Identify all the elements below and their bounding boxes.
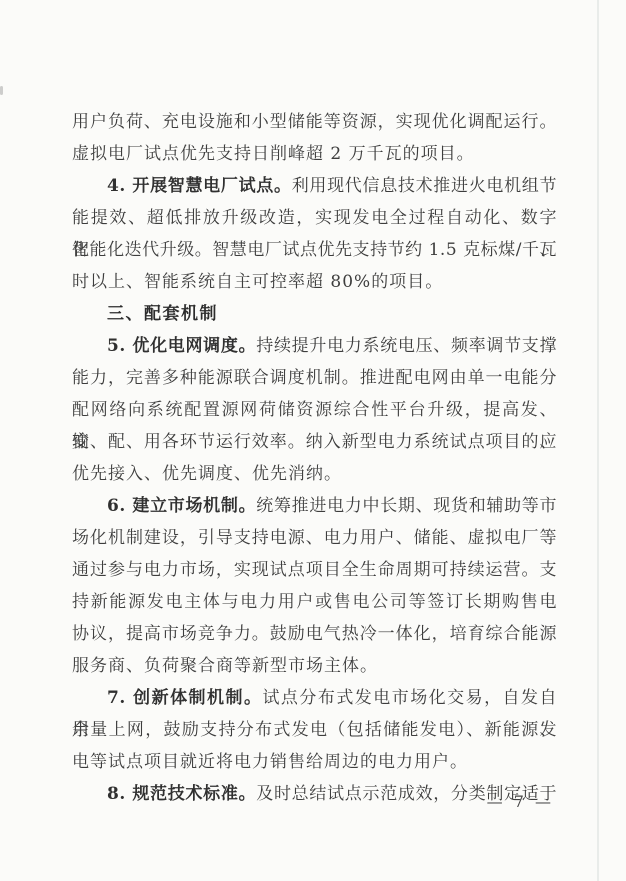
body-line: 时以上、智能系统自主可控率超 80%的项目。 (72, 266, 557, 298)
text-run: 持续提升电力系统电压、频率调节支撑 (256, 336, 557, 356)
emphasis-run: 6. 建立市场机制。 (107, 496, 256, 516)
body-line: 能力，完善多种能源联合调度机制。推进配电网由单一电能分 (72, 362, 557, 394)
text-run: 服务商、负荷聚合商等新型市场主体。 (72, 656, 378, 676)
text-run: 持新能源发电主体与电力用户或售电公司等签订长期购售电 (72, 592, 557, 612)
body-line-item-8: 8. 规范技术标准。及时总结试点示范成效，分类制定适于 (72, 778, 557, 810)
body-line: 智能化迭代升级。智慧电厂试点优先支持节约 1.5 克标煤/千瓦 (72, 234, 557, 266)
body-line: 配网络向系统配置源网荷储资源综合性平台升级，提高发、输、 (72, 394, 557, 426)
text-run: 协议，提高市场竞争力。鼓励电气热冷一体化，培育综合能源 (72, 624, 557, 644)
emphasis-run: 4. 开展智慧电厂试点。 (107, 176, 292, 196)
scanned-document-page: 用户负荷、充电设施和小型储能等资源，实现优化调配运行。 虚拟电厂试点优先支持日削… (0, 0, 626, 881)
text-run: 变、配、用各环节运行效率。纳入新型电力系统试点项目的应 (72, 432, 557, 452)
page-number: — 7 — (487, 792, 554, 811)
body-line: 通过参与电力市场，实现试点项目全生命周期可持续运营。支 (72, 554, 557, 586)
body-line: 协议，提高市场竞争力。鼓励电气热冷一体化，培育综合能源 (72, 618, 557, 650)
heading-run: 三、配套机制 (107, 304, 218, 324)
section-heading: 三、配套机制 (72, 298, 557, 330)
text-run: 统筹推进电力中长期、现货和辅助等市 (256, 496, 557, 516)
body-line-item-4: 4. 开展智慧电厂试点。利用现代信息技术推进火电机组节 (72, 170, 557, 202)
emphasis-run: 8. 规范技术标准。 (107, 784, 256, 804)
body-line: 用户负荷、充电设施和小型储能等资源，实现优化调配运行。 (72, 106, 557, 138)
document-body: 用户负荷、充电设施和小型储能等资源，实现优化调配运行。 虚拟电厂试点优先支持日削… (72, 106, 557, 810)
text-run: 虚拟电厂试点优先支持日削峰超 2 万千瓦的项目。 (72, 144, 475, 164)
body-line-item-6: 6. 建立市场机制。统筹推进电力中长期、现货和辅助等市 (72, 490, 557, 522)
body-line: 优先接入、优先调度、优先消纳。 (72, 458, 557, 490)
text-run: 能力，完善多种能源联合调度机制。推进配电网由单一电能分 (72, 368, 557, 388)
text-run: 利用现代信息技术推进火电机组节 (292, 176, 557, 196)
body-line: 能提效、超低排放升级改造，实现发电全过程自动化、数字化、 (72, 202, 557, 234)
text-run: 电等试点项目就近将电力销售给周边的电力用户。 (72, 752, 468, 772)
scan-speck-artifact (0, 86, 3, 95)
emphasis-run: 5. 优化电网调度。 (107, 336, 256, 356)
body-line: 服务商、负荷聚合商等新型市场主体。 (72, 650, 557, 682)
body-line: 场化机制建设，引导支持电源、电力用户、储能、虚拟电厂等 (72, 522, 557, 554)
body-line: 虚拟电厂试点优先支持日削峰超 2 万千瓦的项目。 (72, 138, 557, 170)
emphasis-run: 7. 创新体制机制。 (107, 688, 262, 708)
body-line: 电等试点项目就近将电力销售给周边的电力用户。 (72, 746, 557, 778)
body-line: 变、配、用各环节运行效率。纳入新型电力系统试点项目的应 (72, 426, 557, 458)
text-run: 用户负荷、充电设施和小型储能等资源，实现优化调配运行。 (72, 112, 557, 132)
body-line-item-7: 7. 创新体制机制。试点分布式发电市场化交易，自发自用、 (72, 682, 557, 714)
text-run: 场化机制建设，引导支持电源、电力用户、储能、虚拟电厂等 (72, 528, 557, 548)
text-run: 优先接入、优先调度、优先消纳。 (72, 464, 342, 484)
text-run: 智能化迭代升级。智慧电厂试点优先支持节约 1.5 克标煤/千瓦 (72, 240, 557, 260)
body-line-item-5: 5. 优化电网调度。持续提升电力系统电压、频率调节支撑 (72, 330, 557, 362)
body-line: 持新能源发电主体与电力用户或售电公司等签订长期购售电 (72, 586, 557, 618)
text-run: 时以上、智能系统自主可控率超 80%的项目。 (72, 272, 443, 292)
body-line: 余量上网，鼓励支持分布式发电（包括储能发电）、新能源发 (72, 714, 557, 746)
text-run: 通过参与电力市场，实现试点项目全生命周期可持续运营。支 (72, 560, 557, 580)
text-run: 余量上网，鼓励支持分布式发电（包括储能发电）、新能源发 (72, 720, 557, 740)
scan-edge-artifact (597, 0, 599, 881)
